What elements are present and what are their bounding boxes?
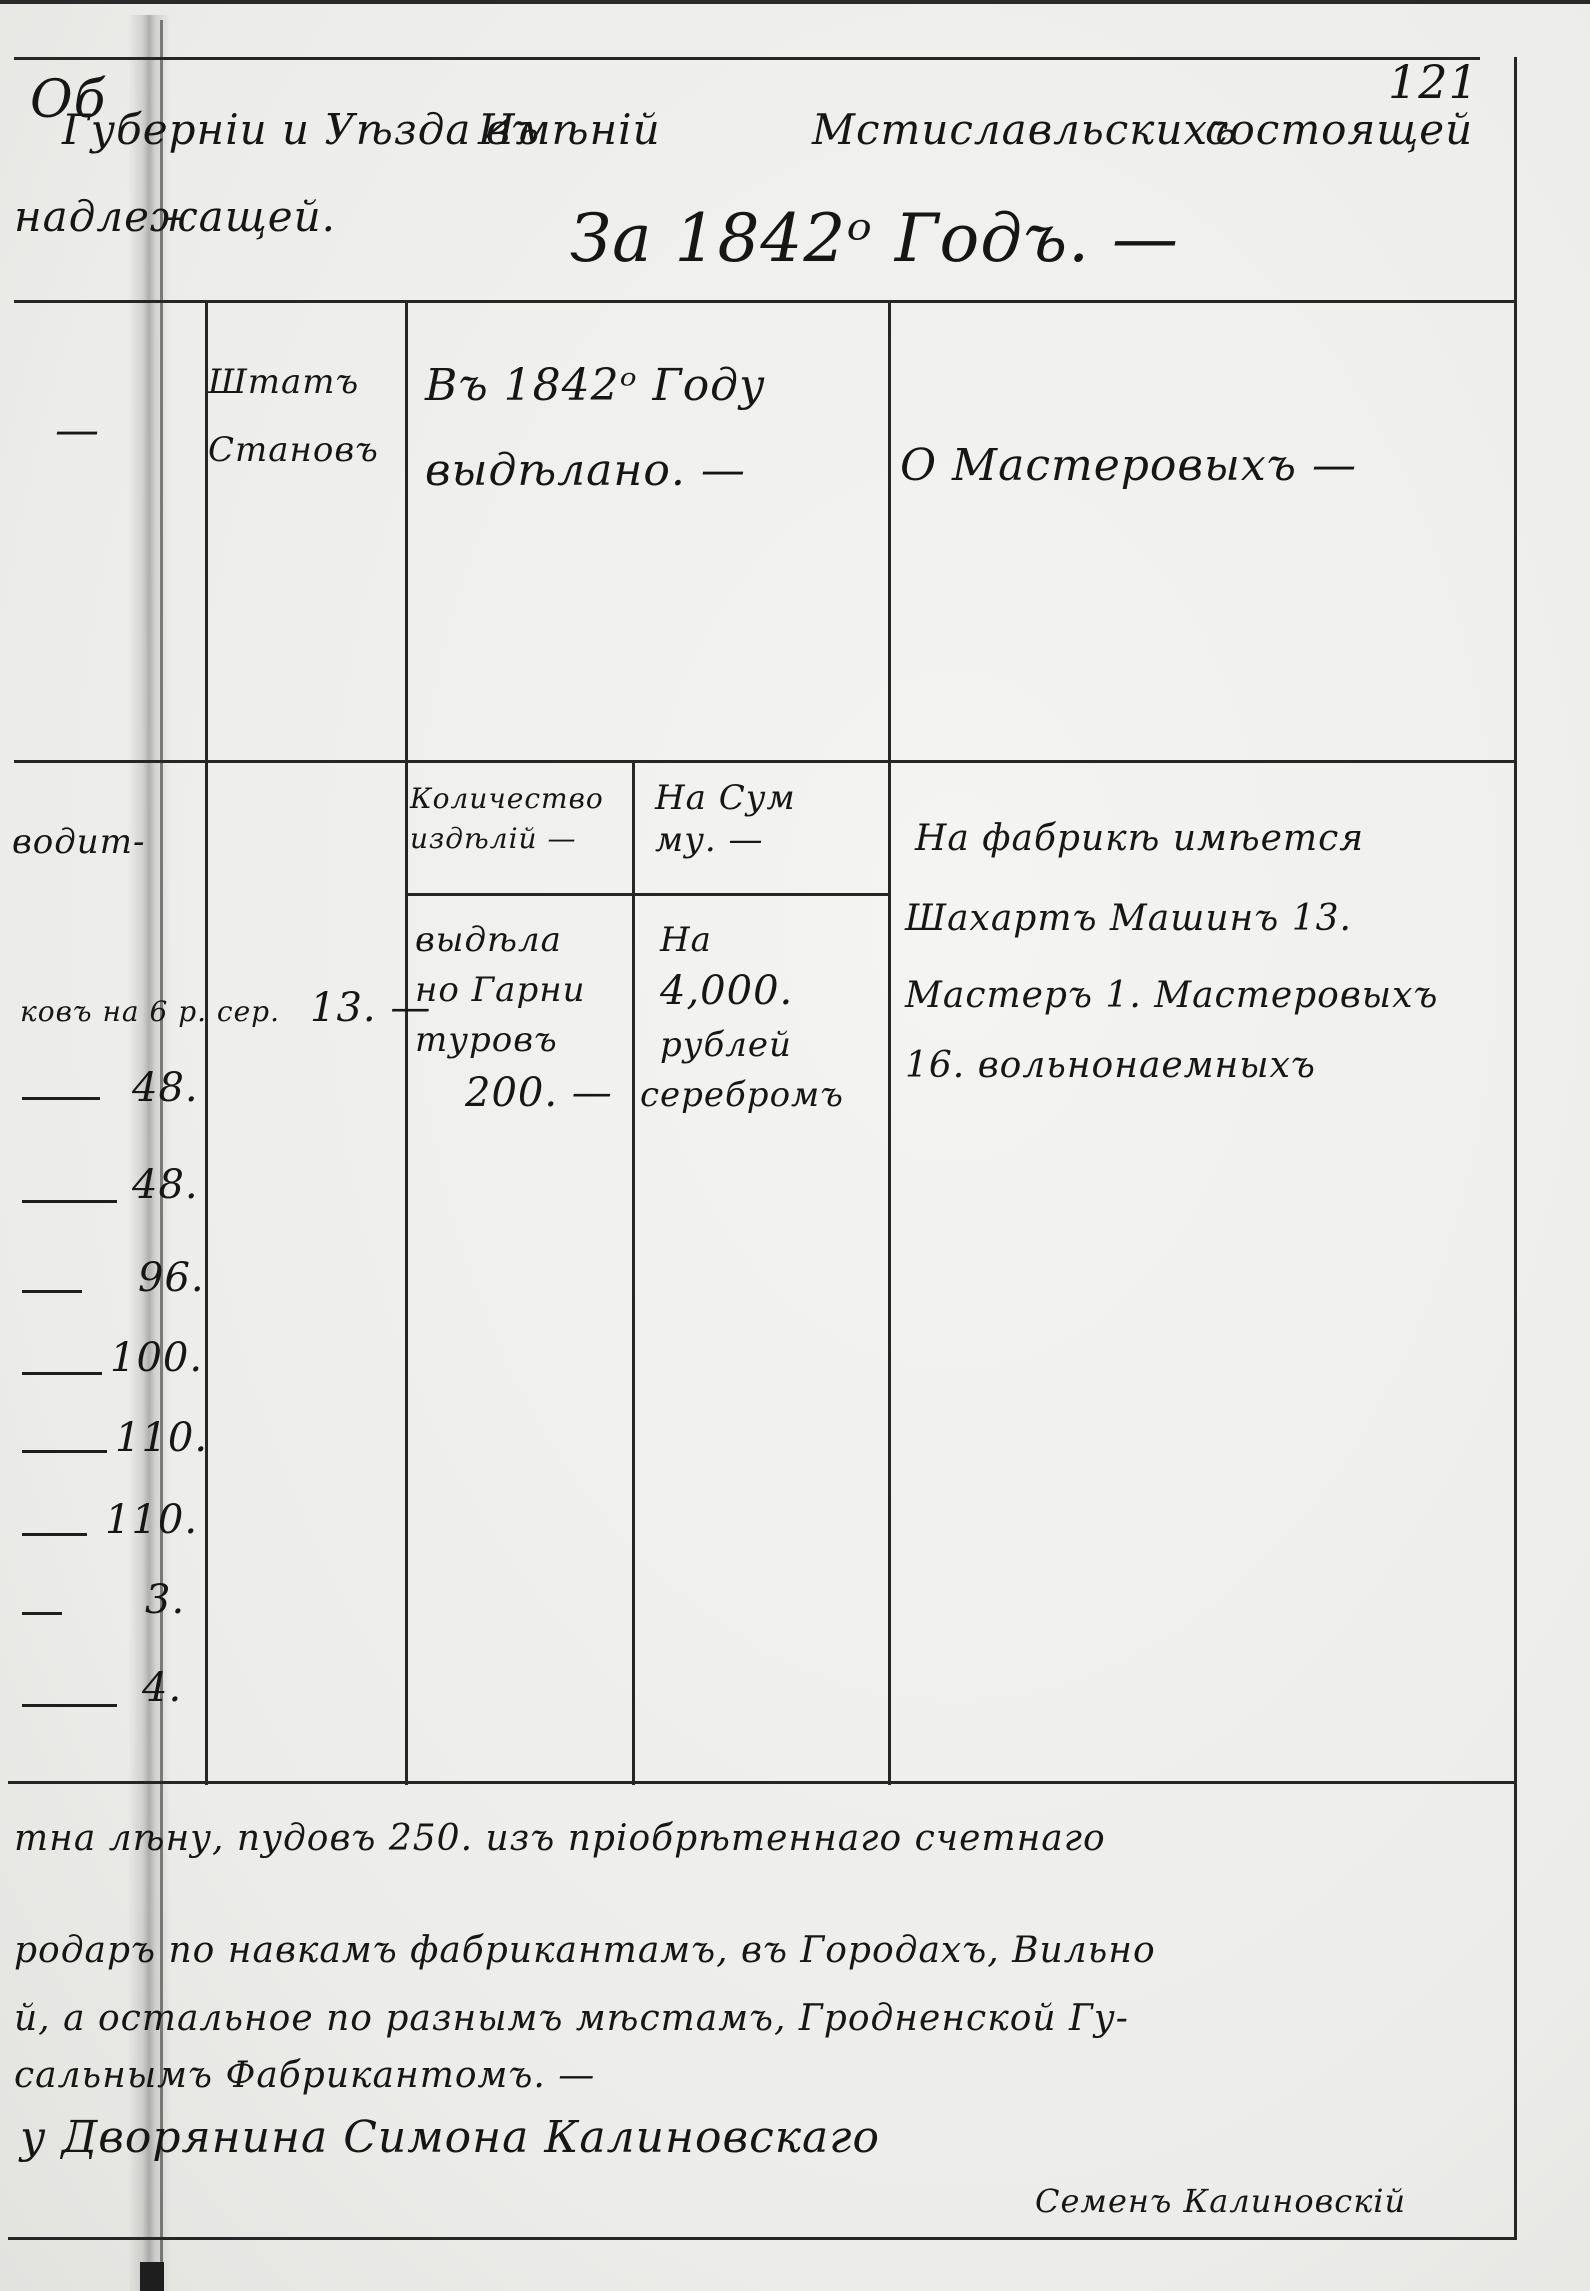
col-divider-2 (405, 300, 408, 1785)
sum-line-4: серебромъ (640, 1075, 844, 1115)
sum-line-1: На (660, 920, 712, 960)
quantity-line-1: выдѣла (415, 920, 562, 960)
table-top-rule (14, 300, 1516, 303)
page-bottom-rule (8, 2237, 1516, 2240)
col3-header: О Мастеровыхъ — (900, 440, 1357, 491)
col0-price-line: ковъ на 6 р. сер. (20, 995, 280, 1028)
narrative-line-5: у Дворянина Симона Калиновскаго (20, 2112, 880, 2163)
col0-value-7: 3. (145, 1577, 185, 1623)
narrative-line-4: сальнымъ Фабрикантомъ. — (14, 2055, 595, 2096)
sum-line-3: рублей (660, 1025, 792, 1065)
sum-subheader-line2: му. — (655, 820, 764, 860)
subcol-divider (632, 760, 635, 1785)
workers-line-1: На фабрикѣ имѣется (915, 818, 1364, 859)
sum-line-2: 4,000. (660, 968, 793, 1014)
header-line1-b: Имѣній (478, 105, 661, 154)
row-dash (22, 1200, 117, 1203)
narrative-line-2: родаръ по навкамъ фабрикантамъ, въ Город… (14, 1930, 1156, 1971)
col0-value-1: 48. (132, 1065, 199, 1111)
col0-value-4: 100. (110, 1335, 203, 1381)
workers-line-3: Мастеръ 1. Мастеровыхъ (905, 975, 1438, 1016)
table-bottom-rule (8, 1781, 1516, 1784)
page-right-border (1514, 57, 1517, 2240)
row-dash (22, 1533, 87, 1536)
workers-line-4: 16. вольнонаемныхъ (905, 1045, 1316, 1086)
sum-subheader-line1: На Сум (655, 778, 796, 818)
col2-header-line2: выдѣлано. — (425, 445, 746, 496)
quantity-subheader-line1: Количество (410, 782, 604, 815)
quantity-line-3: туровъ (415, 1020, 558, 1060)
narrative-line-1: тна лѣну, пудовъ 250. изъ пріобрѣтеннаго… (14, 1818, 1106, 1859)
col0-value-3: 96. (138, 1255, 205, 1301)
scanned-page: Об 121 Губерніи и Уѣзда въ Имѣній Мстисл… (0, 0, 1590, 2291)
col1-value: 13. — (310, 985, 431, 1031)
col0-value-5: 110. (115, 1415, 208, 1461)
row-dash (22, 1290, 82, 1293)
row-dash (22, 1612, 62, 1615)
quantity-line-2: но Гарни (415, 970, 586, 1010)
header-line1-a: Губерніи и Уѣзда въ (62, 105, 540, 154)
row-dash (22, 1704, 117, 1707)
col0-value-8: 4. (142, 1665, 182, 1711)
subheader-rule (405, 893, 890, 896)
header-line2: надлежащей. (14, 192, 336, 241)
col2-header-line1: Въ 1842ᵒ Году (425, 360, 766, 411)
col1-header-line1: Штатъ (208, 362, 359, 402)
col0-header: — (55, 405, 100, 456)
header-body-rule (14, 760, 1516, 763)
col-divider-3 (888, 300, 891, 1785)
binding-tab (140, 2262, 164, 2291)
header-top-rule (14, 57, 1480, 60)
row-dash (22, 1372, 102, 1375)
row-dash (22, 1097, 100, 1100)
row-dash (22, 1450, 107, 1453)
quantity-subheader-line2: издѣлій — (410, 822, 576, 855)
col1-header-line2: Становъ (208, 430, 379, 470)
page-number: 121 (1388, 55, 1479, 109)
workers-line-2: Шахартъ Машинъ 13. (905, 898, 1352, 939)
col0-value-2: 48. (132, 1162, 199, 1208)
signature: Семенъ Калиновскій (1035, 2182, 1406, 2220)
scan-edge (0, 0, 1590, 4)
col0-value-6: 110. (105, 1497, 198, 1543)
col-divider-1 (205, 300, 208, 1785)
header-line1-c: Мстиславльскихъ (812, 105, 1237, 154)
header-line1-d: состоящей (1205, 105, 1473, 154)
col0-label: водит- (12, 822, 145, 862)
year-title: За 1842ᵒ Годъ. — (570, 200, 1179, 277)
quantity-line-4: 200. — (465, 1070, 613, 1116)
narrative-line-3: й, а остальное по разнымъ мѣстамъ, Гродн… (14, 1998, 1129, 2039)
